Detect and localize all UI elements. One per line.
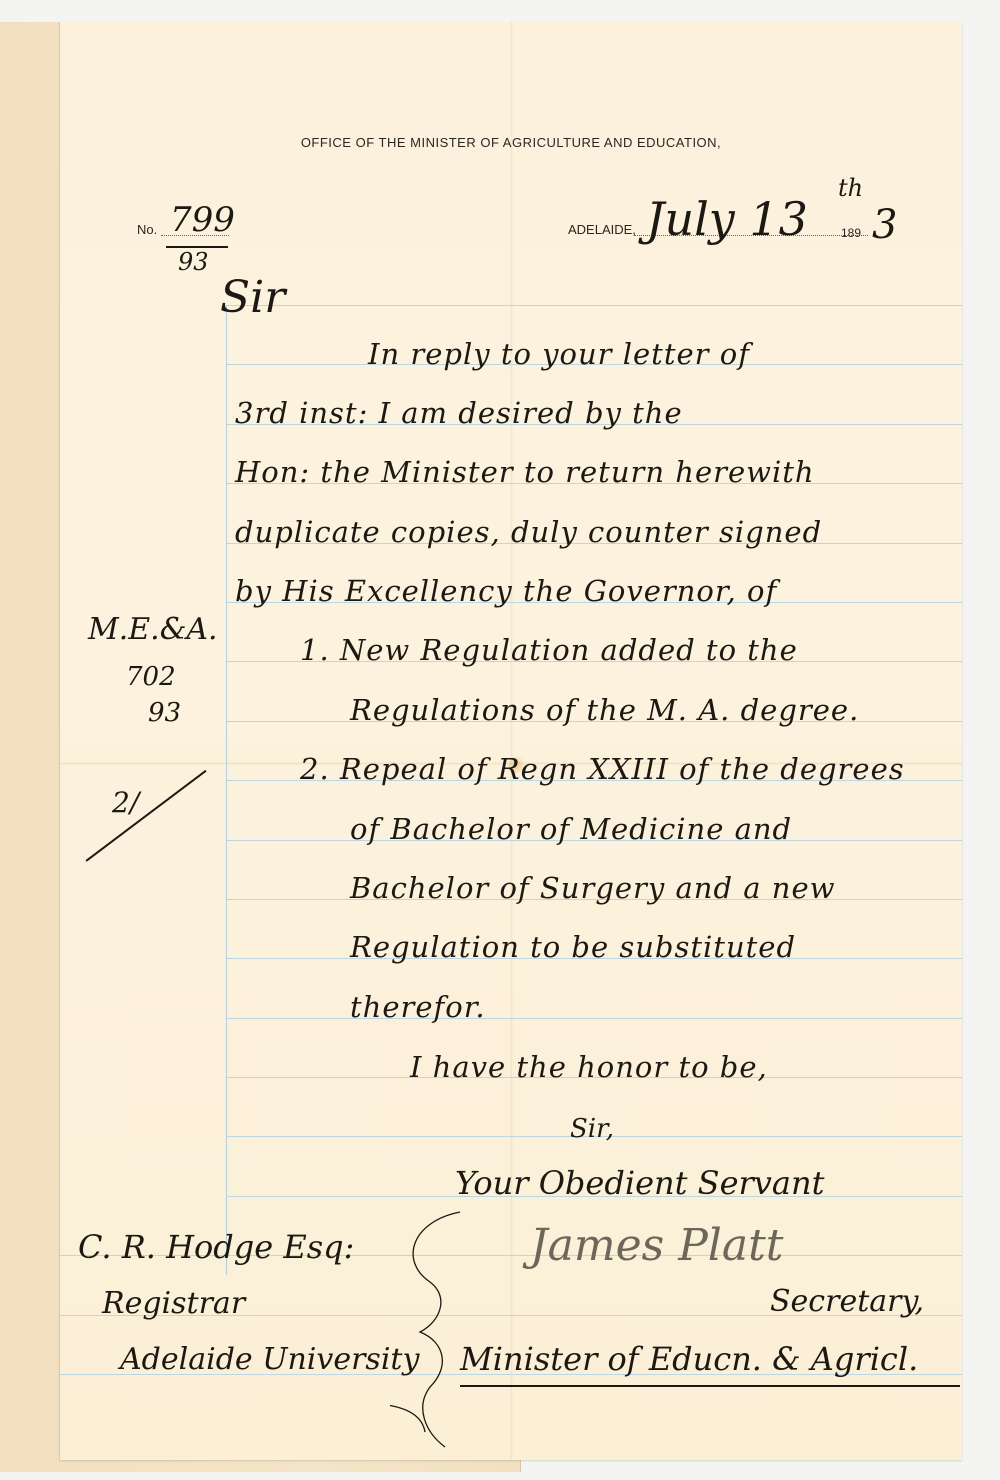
body-line-4: duplicate copies, duly counter signed: [235, 515, 822, 549]
margin-note-year: 93: [148, 698, 181, 728]
list-item-2-cont-1: of Bachelor of Medicine and: [350, 812, 792, 846]
addressee-name: C. R. Hodge Esq:: [78, 1228, 354, 1266]
date-suffix: th: [838, 174, 863, 202]
date-year-prefix: 189: [841, 226, 861, 240]
body-line-2: 3rd inst: I am desired by the: [235, 396, 683, 430]
date-month-day: July 13: [646, 192, 808, 246]
list-item-2-cont-2: Bachelor of Surgery and a new: [350, 871, 835, 905]
list-item-1-cont: Regulations of the M. A. degree.: [350, 693, 859, 727]
reference-number: 799: [170, 200, 235, 240]
signatory-title: Secretary,: [770, 1284, 924, 1319]
reference-year: 93: [178, 248, 209, 276]
brace-flourish-icon: [390, 1202, 480, 1462]
list-item-2: 2. Repeal of Regn XXIII of the degrees: [300, 752, 905, 786]
closing-line-2: Sir,: [570, 1114, 614, 1144]
margin-note-number: 702: [126, 662, 176, 692]
letterhead-office: OFFICE OF THE MINISTER OF AGRICULTURE AN…: [60, 135, 962, 150]
ruled-line: [226, 1018, 962, 1019]
margin-note-dept: M.E.&A.: [88, 612, 218, 647]
margin-note-mark: 2/: [112, 786, 139, 819]
addressee-institution: Adelaide University: [120, 1342, 419, 1377]
list-item-2-cont-3: Regulation to be substituted: [350, 930, 796, 964]
list-item-1: 1. New Regulation added to the: [300, 633, 798, 667]
margin-slash-stroke: [86, 770, 207, 861]
letter-page: OFFICE OF THE MINISTER OF AGRICULTURE AN…: [60, 22, 962, 1460]
office-underline: [460, 1385, 960, 1387]
closing-line-1: I have the honor to be,: [410, 1050, 768, 1084]
margin-line: [226, 305, 227, 1275]
body-line-1: In reply to your letter of: [368, 337, 750, 371]
salutation: Sir: [220, 272, 285, 323]
closing-line-3: Your Obedient Servant: [455, 1164, 824, 1202]
signature: James Platt: [530, 1220, 783, 1271]
fold-crease-vertical: [510, 22, 513, 1460]
body-line-3: Hon: the Minister to return herewith: [235, 455, 815, 489]
body-line-5: by His Excellency the Governor, of: [235, 574, 777, 608]
reference-no-label: No.: [137, 222, 157, 237]
signatory-office: Minister of Educn. & Agricl.: [460, 1340, 918, 1378]
addressee-role: Registrar: [102, 1286, 245, 1321]
place-label: ADELAIDE,: [568, 222, 636, 237]
list-item-2-cont-4: therefor.: [350, 990, 486, 1024]
date-year-digit: 3: [872, 202, 897, 248]
ruled-line: [226, 305, 962, 306]
